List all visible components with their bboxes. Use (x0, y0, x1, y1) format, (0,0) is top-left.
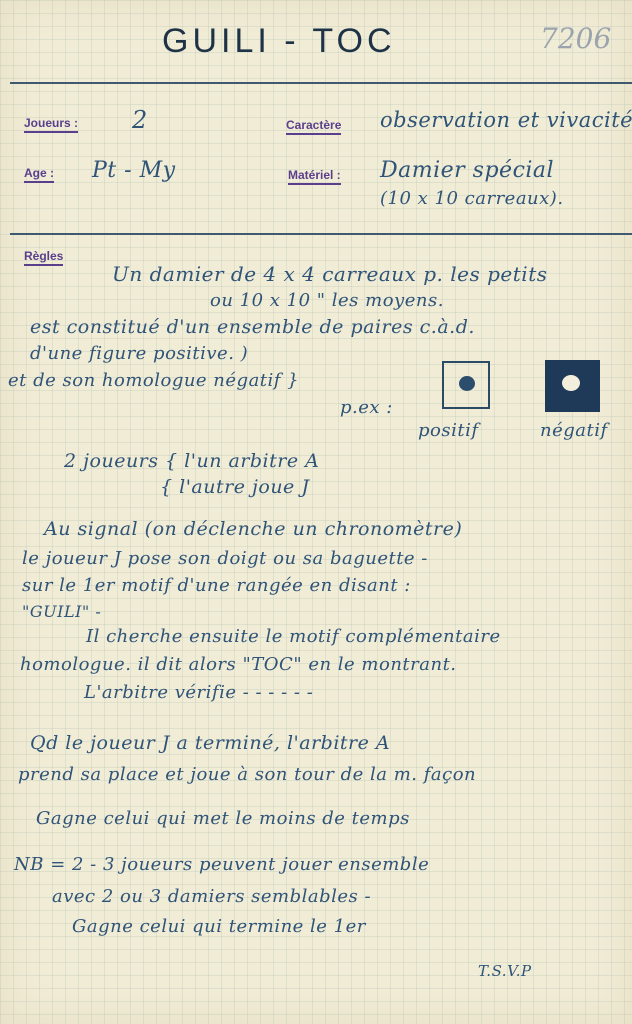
rule-line: le joueur J pose son doigt ou sa baguett… (22, 548, 428, 569)
filled-dot-icon (459, 376, 475, 391)
rule-line: Il cherche ensuite le motif complémentai… (86, 626, 501, 647)
rule-line: ou 10 x 10 " les moyens. (210, 290, 444, 311)
negative-figure-icon (545, 360, 600, 412)
regles-label: Règles (24, 249, 63, 266)
game-index-card: GUILI - TOC 7206 Joueurs : 2 Caractère o… (0, 0, 632, 1024)
turn-over-note: T.S.V.P (478, 962, 532, 980)
joueurs-value: 2 (132, 106, 148, 134)
age-label: Age : (24, 166, 54, 183)
card-title: GUILI - TOC (162, 22, 396, 61)
materiel-value-line1: Damier spécial (380, 158, 554, 183)
rule-line: d'une figure positive. ) (30, 343, 248, 364)
rule-line: prend sa place et joue à son tour de la … (18, 764, 476, 785)
fields-divider (10, 233, 632, 235)
rule-line: Un damier de 4 x 4 carreaux p. les petit… (112, 262, 548, 286)
nb-line: NB = 2 - 3 joueurs peuvent jouer ensembl… (14, 854, 429, 875)
materiel-value-line2: (10 x 10 carreaux). (380, 188, 564, 209)
rule-line: "GUILI" - (22, 602, 101, 621)
rule-line: L'arbitre vérifie - - - - - - (84, 682, 313, 703)
hollow-dot-icon (562, 375, 580, 391)
materiel-label: Matériel : (288, 168, 341, 185)
rule-line: 2 joueurs { l'un arbitre A (64, 450, 319, 472)
rule-line: p.ex : (340, 397, 393, 418)
positive-figure-icon (442, 361, 490, 409)
rule-line: et de son homologue négatif } (8, 370, 299, 391)
rule-line: sur le 1er motif d'une rangée en disant … (22, 575, 411, 596)
rule-line: { l'autre joue J (160, 476, 309, 498)
reference-number: 7206 (540, 22, 611, 55)
nb-line: Gagne celui qui termine le 1er (72, 916, 366, 937)
caractere-value: observation et vivacité (380, 108, 632, 132)
negative-label: négatif (540, 420, 608, 441)
joueurs-label: Joueurs : (24, 116, 78, 133)
rule-line: est constitué d'un ensemble de paires c.… (30, 316, 475, 338)
nb-line: avec 2 ou 3 damiers semblables - (52, 886, 371, 907)
rule-line: Gagne celui qui met le moins de temps (36, 808, 410, 829)
age-value: Pt - My (92, 158, 176, 183)
positive-label: positif (418, 420, 479, 441)
rule-line: homologue. il dit alors "TOC" en le mont… (20, 654, 457, 675)
rule-line: Qd le joueur J a terminé, l'arbitre A (30, 732, 390, 754)
title-divider (10, 82, 632, 84)
rule-line: Au signal (on déclenche un chronomètre) (44, 518, 462, 540)
caractere-label: Caractère (286, 118, 341, 135)
